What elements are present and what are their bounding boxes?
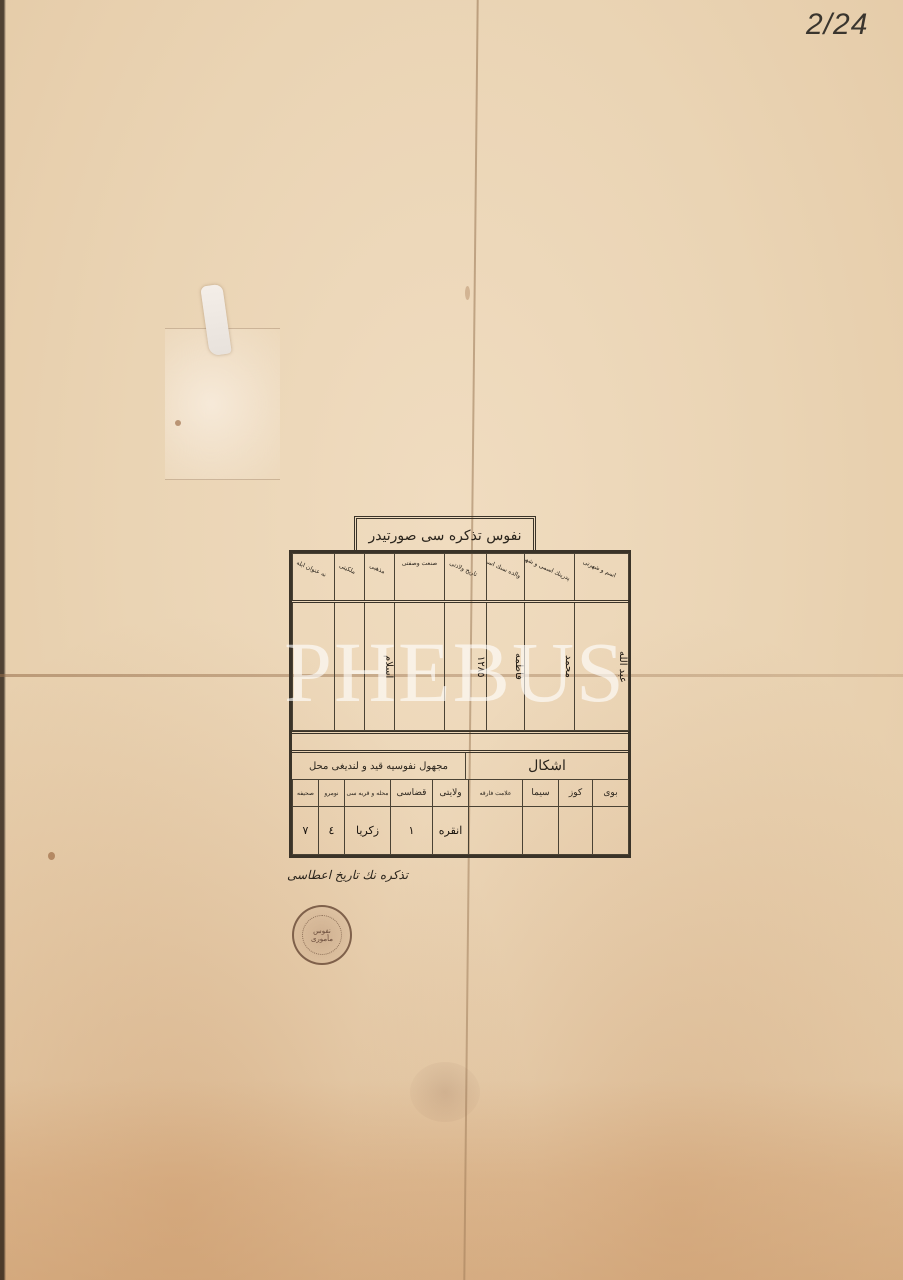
personal-info-value-row: اسلام ١٢٨٥ فاطمه محمد عبد الله bbox=[293, 602, 629, 731]
registry-features-table: صحيفه نومرو محله و قريه سى قضاسى ولايتى … bbox=[292, 779, 629, 855]
header-eyes: كوز bbox=[559, 780, 593, 807]
value-district: ١ bbox=[391, 807, 433, 855]
header-quarter-village: محله و قريه سى bbox=[345, 780, 391, 807]
header-occupation: صنعت وصفتى bbox=[395, 554, 445, 602]
value-number: ٤ bbox=[319, 807, 345, 855]
header-birth-date: تاريخ ولادتى bbox=[445, 554, 487, 602]
seal-text: نفوس مأمورى bbox=[302, 915, 342, 955]
value-occupation bbox=[395, 602, 445, 731]
value-quarter-village: زكريا bbox=[345, 807, 391, 855]
header-distinguishing-mark: علامت فارقه bbox=[469, 780, 523, 807]
header-number: نومرو bbox=[319, 780, 345, 807]
header-issued-how: نه عنوان ايله bbox=[293, 554, 335, 602]
header-mother-name: والده سنك اسمى و شهرتى bbox=[487, 554, 525, 602]
value-name: عبد الله bbox=[575, 602, 629, 731]
ink-spot bbox=[48, 852, 55, 860]
header-property: ملكيتى bbox=[335, 554, 365, 602]
header-page: صحيفه bbox=[293, 780, 319, 807]
value-father-name: محمد bbox=[525, 602, 575, 731]
page-number: 2/24 bbox=[806, 8, 868, 42]
header-religion: مذهبى bbox=[365, 554, 395, 602]
registry-features-header-row: صحيفه نومرو محله و قريه سى قضاسى ولايتى … bbox=[293, 780, 629, 807]
lower-section-header: مجهول نفوسيه قيد و لنديغى محل اشكال bbox=[292, 753, 628, 780]
certificate-form: نه عنوان ايله ملكيتى مذهبى صنعت وصفتى تا… bbox=[289, 550, 631, 858]
value-birth-date: ١٢٨٥ bbox=[445, 602, 487, 731]
value-religion: اسلام bbox=[365, 602, 395, 731]
header-province: ولايتى bbox=[433, 780, 469, 807]
page-left-edge bbox=[0, 0, 6, 1280]
header-height: بوى bbox=[593, 780, 629, 807]
section-divider-band bbox=[292, 731, 628, 753]
value-height bbox=[593, 807, 629, 855]
official-seal-stamp: نفوس مأمورى bbox=[292, 905, 352, 965]
faint-stamp-impression bbox=[410, 1062, 480, 1122]
header-complexion: سيما bbox=[523, 780, 559, 807]
value-property bbox=[335, 602, 365, 731]
header-father-name: پدرينك اسمى و شهرتى bbox=[525, 554, 575, 602]
value-eyes bbox=[559, 807, 593, 855]
value-distinguishing-mark bbox=[469, 807, 523, 855]
value-issued-how bbox=[293, 602, 335, 731]
header-name: اسم و شهرتى bbox=[575, 554, 629, 602]
physical-features-group-title: اشكال bbox=[466, 753, 628, 779]
personal-info-table: نه عنوان ايله ملكيتى مذهبى صنعت وصفتى تا… bbox=[292, 553, 629, 731]
ink-spot bbox=[175, 420, 181, 426]
value-mother-name: فاطمه bbox=[487, 602, 525, 731]
registry-features-value-row: ٧ ٤ زكريا ١ انقره bbox=[293, 807, 629, 855]
header-district: قضاسى bbox=[391, 780, 433, 807]
issue-date-note: تذكره نك تاريخ اعطاسى bbox=[287, 868, 408, 882]
ink-spot bbox=[465, 286, 470, 300]
registry-location-group-title: مجهول نفوسيه قيد و لنديغى محل bbox=[292, 753, 466, 779]
value-page: ٧ bbox=[293, 807, 319, 855]
value-complexion bbox=[523, 807, 559, 855]
form-title: نفوس تذكره سى صورتيدر bbox=[354, 516, 536, 553]
value-province: انقره bbox=[433, 807, 469, 855]
personal-info-header-row: نه عنوان ايله ملكيتى مذهبى صنعت وصفتى تا… bbox=[293, 554, 629, 602]
